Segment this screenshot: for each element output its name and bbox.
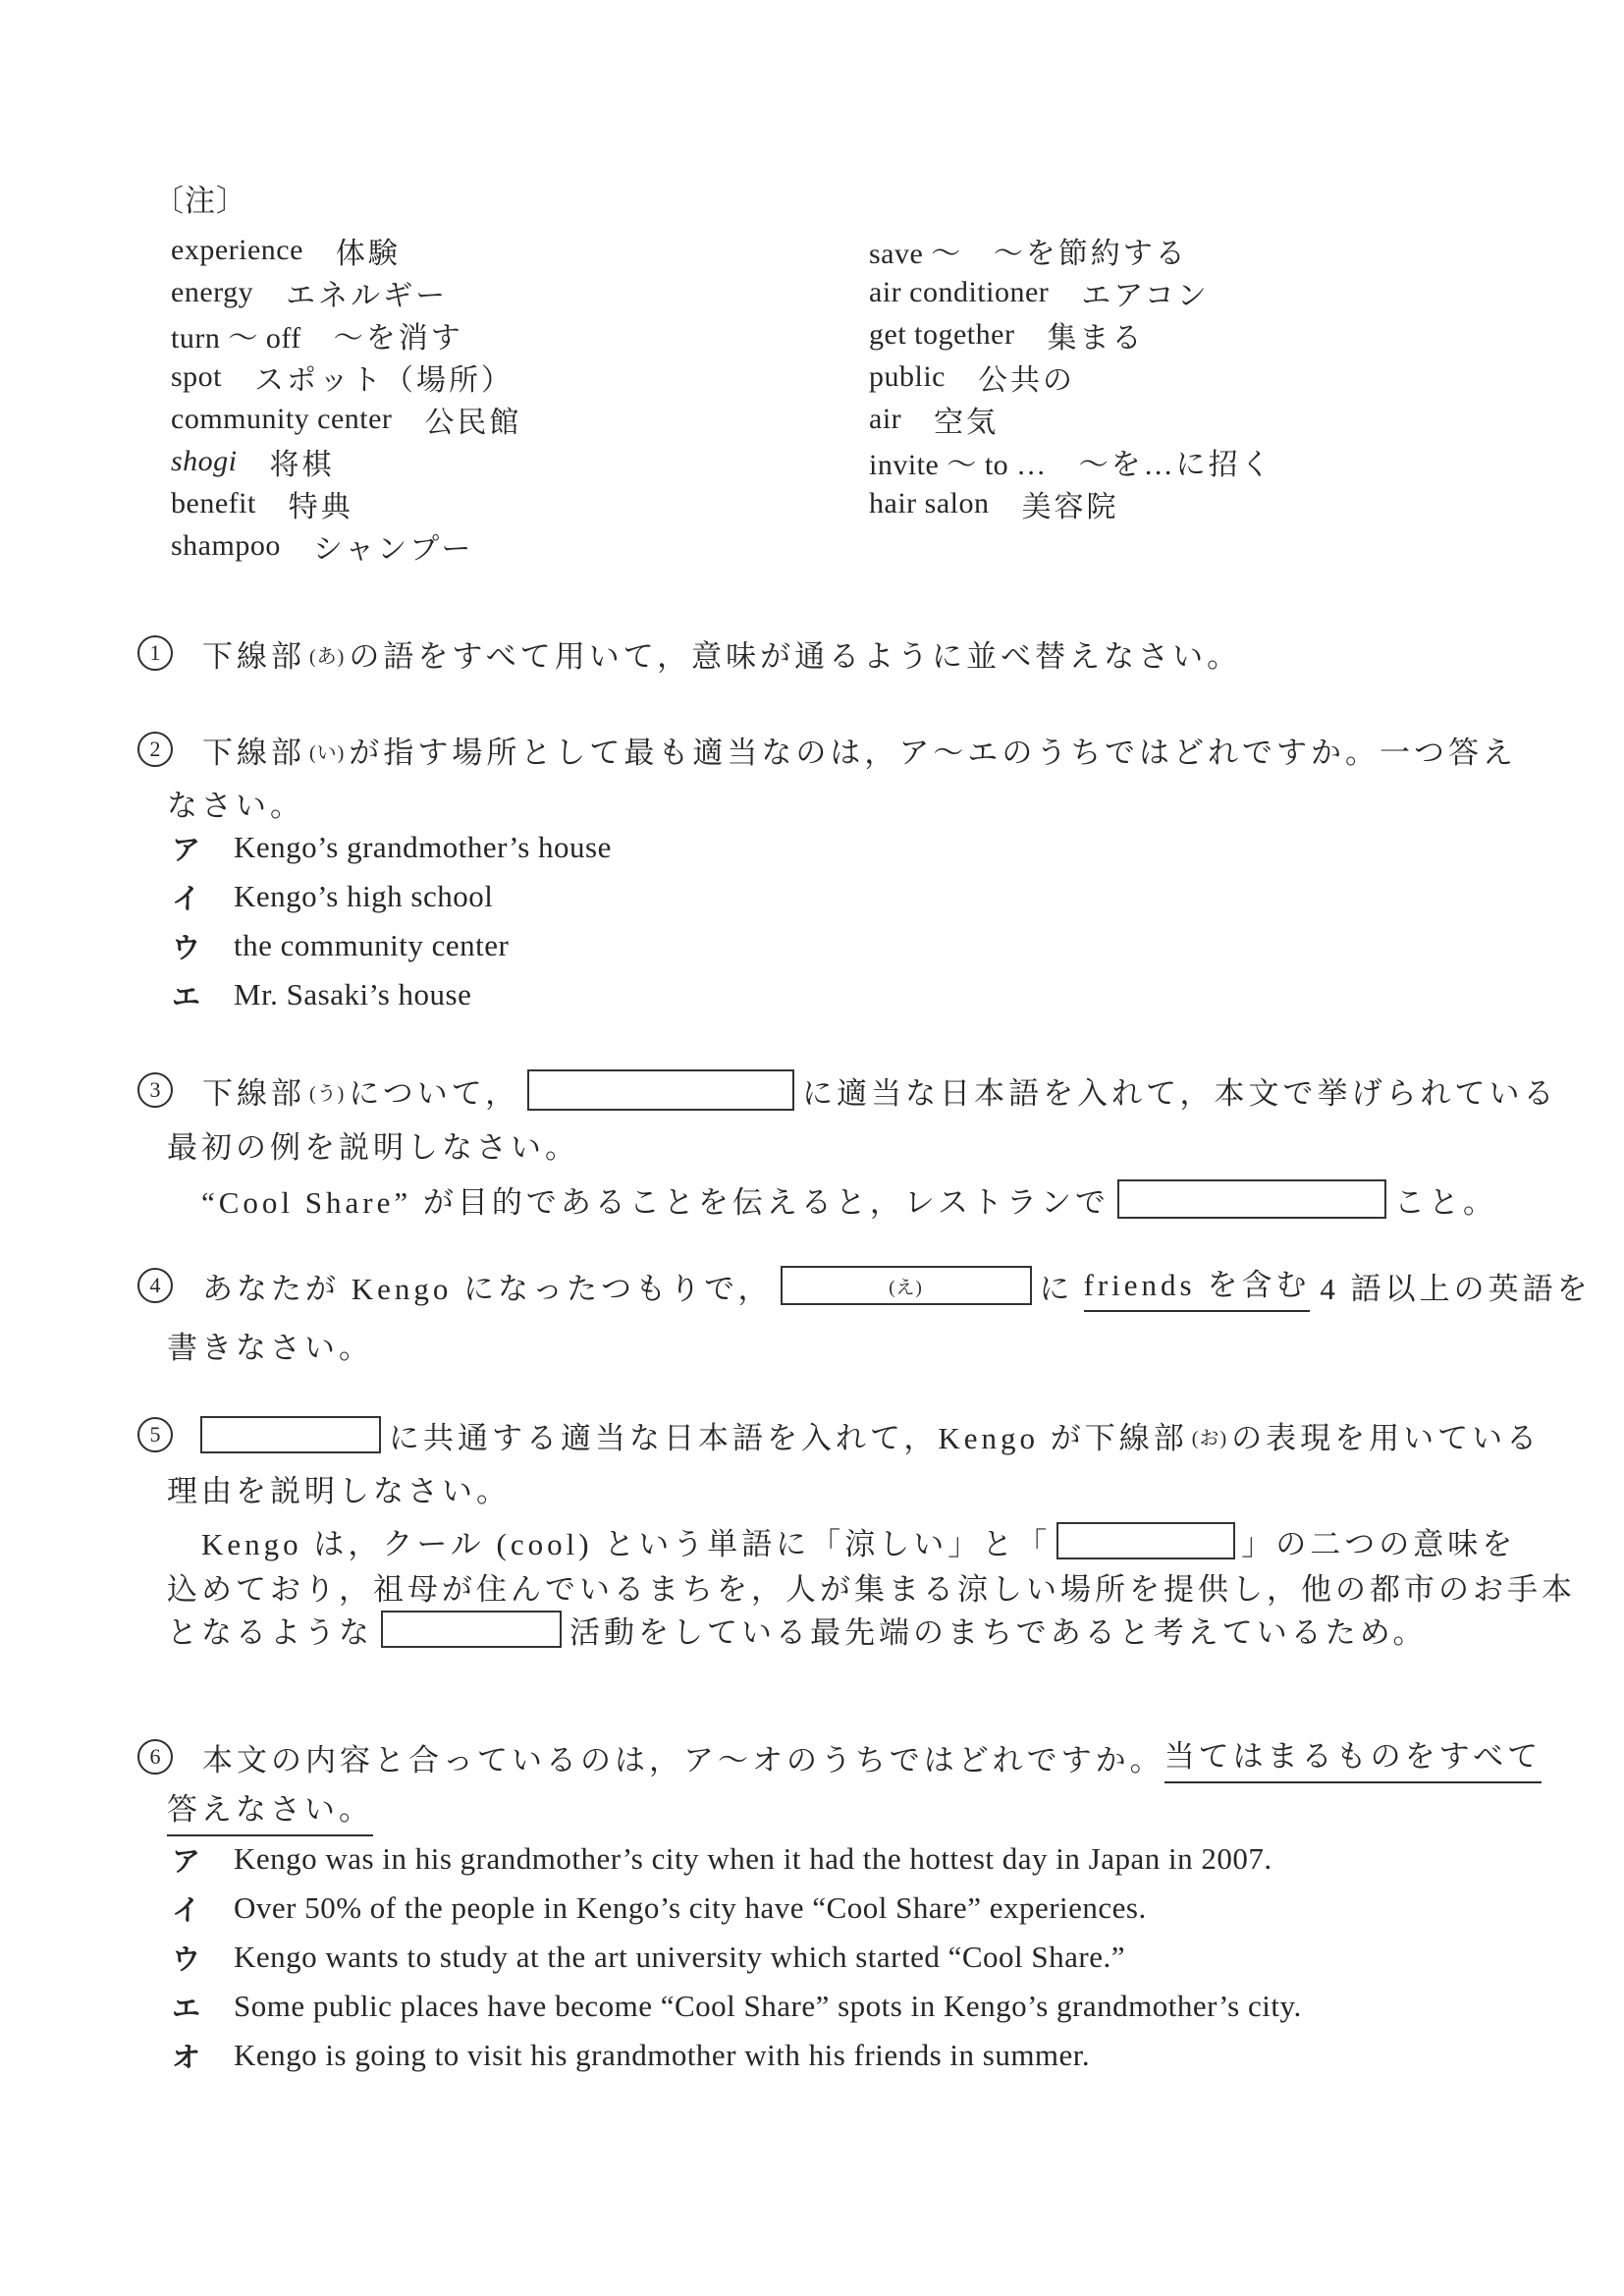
question-2-text: が指す場所として最も適当なのは，ア～エのうちではどれですか。一つ答え — [349, 728, 1517, 772]
question-3-example: “Cool Share” が目的であることを伝えると，レストランで こと。 — [201, 1176, 1497, 1222]
exam-page: 〔注〕 experience体験 energyエネルギー turn ～ off～… — [0, 0, 1624, 2296]
question-5-example-line3: となるような 活動をしている最先端のまちであると考えているため。 — [167, 1607, 1427, 1652]
note-entry: shampooシャンプー — [171, 524, 521, 567]
question-5-number: 5 — [137, 1417, 173, 1452]
option-label: エ — [172, 975, 234, 1015]
note-entry: energyエネルギー — [171, 271, 521, 313]
note-term: community center — [171, 403, 392, 436]
note-term: public — [869, 360, 946, 394]
note-gloss: 特典 — [289, 482, 353, 525]
note-term: air conditioner — [869, 276, 1049, 309]
answer-blank-box — [1056, 1522, 1235, 1559]
question-5-text: 活動をしている最先端のまちであると考えているため。 — [569, 1608, 1427, 1652]
note-entry: save ～～を節約する — [869, 229, 1273, 271]
note-entry: invite ～ to …～を…に招く — [869, 440, 1273, 482]
note-gloss: 体験 — [336, 229, 401, 272]
question-3: 3 下線部 (う) について， に適当な日本語を入れて，本文で挙げられている — [137, 1067, 1557, 1113]
question-1-text: の語をすべて用いて，意味が通るように並べ替えなさい。 — [349, 631, 1241, 676]
note-entry: experience体験 — [171, 229, 521, 271]
option-label: エ — [172, 1987, 234, 2027]
note-gloss: 美容院 — [1021, 482, 1118, 525]
question-4-text: あなたが Kengo になったつもりで， — [202, 1264, 773, 1308]
q6-option-e: エ Some public places have become “Cool S… — [172, 1985, 1302, 2028]
note-entry: community center公民館 — [171, 398, 521, 440]
question-5: 5 に共通する適当な日本語を入れて，Kengo が下線部 (お) の表現を用いて… — [137, 1412, 1541, 1457]
note-entry: air空気 — [869, 398, 1273, 440]
question-3-text: こと。 — [1394, 1177, 1497, 1222]
question-3-line2: 最初の例を説明しなさい。 — [167, 1121, 579, 1167]
note-term: air — [869, 403, 901, 436]
option-text: Kengo’s grandmother’s house — [234, 830, 612, 865]
option-text: Mr. Sasaki’s house — [234, 977, 471, 1012]
answer-blank-box — [527, 1069, 794, 1111]
q6-option-i: イ Over 50% of the people in Kengo’s city… — [172, 1886, 1147, 1930]
note-gloss: 集まる — [1047, 313, 1144, 356]
note-term: shampoo — [171, 529, 281, 563]
question-4-number: 4 — [137, 1268, 173, 1303]
option-text: Some public places have become “Cool Sha… — [234, 1989, 1302, 2024]
note-gloss: エネルギー — [286, 271, 448, 314]
option-label: ウ — [172, 1938, 234, 1978]
answer-blank-box — [381, 1611, 562, 1648]
question-4-text: 書きなさい。 — [167, 1323, 373, 1367]
option-text: the community center — [234, 928, 509, 963]
answer-blank-box-e: (え) — [781, 1266, 1032, 1305]
note-term: turn ～ off — [171, 313, 301, 356]
note-term: save ～ — [869, 229, 961, 272]
option-label: イ — [172, 1888, 234, 1929]
question-6-text: 本文の内容と合っているのは，ア～オのうちではどれですか。 — [202, 1735, 1164, 1779]
question-2-text: 下線部 — [202, 728, 305, 772]
note-term: invite ～ to … — [869, 440, 1047, 483]
option-label: イ — [172, 877, 234, 917]
note-gloss: ～を節約する — [994, 229, 1188, 272]
note-term: experience — [171, 234, 303, 267]
question-1-number: 1 — [137, 635, 173, 671]
note-term: benefit — [171, 487, 256, 520]
question-2: 2 下線部 (い) が指す場所として最も適当なのは，ア～エのうちではどれですか。… — [137, 727, 1517, 772]
note-term: shogi — [171, 445, 238, 478]
question-2-number: 2 — [137, 732, 173, 767]
question-5-example-line2: 込めており，祖母が住んでいるまちを，人が集まる涼しい場所を提供し，他の都市のお手… — [167, 1563, 1576, 1609]
notes-header: 〔注〕 — [153, 175, 247, 220]
question-5-text: の表現を用いている — [1231, 1413, 1541, 1457]
note-gloss: エアコン — [1081, 271, 1210, 314]
question-3-text: について， — [349, 1068, 519, 1113]
note-gloss: 公民館 — [424, 398, 521, 441]
question-6-number: 6 — [137, 1739, 173, 1775]
question-4-text: に — [1040, 1264, 1074, 1308]
option-label: ウ — [172, 926, 234, 966]
question-6-underlined: 当てはまるものをすべて — [1164, 1731, 1542, 1783]
note-entry: spotスポット（場所） — [171, 355, 521, 398]
note-gloss: シャンプー — [313, 524, 474, 568]
note-gloss: 空気 — [934, 398, 999, 441]
option-label: ア — [172, 1839, 234, 1880]
question-5-text: となるような — [167, 1608, 373, 1652]
question-6: 6 本文の内容と合っているのは，ア～オのうちではどれですか。 当てはまるものをす… — [137, 1734, 1542, 1779]
question-5-text: 込めており，祖母が住んでいるまちを，人が集まる涼しい場所を提供し，他の都市のお手… — [167, 1564, 1576, 1609]
q2-option-a: ア Kengo’s grandmother’s house — [172, 826, 612, 869]
option-text: Kengo was in his grandmother’s city when… — [234, 1841, 1272, 1877]
question-3-text: 最初の例を説明しなさい。 — [167, 1122, 579, 1167]
question-4-line2: 書きなさい。 — [167, 1322, 373, 1367]
note-gloss: ～を…に招く — [1079, 440, 1273, 483]
underline-ref-o: (お) — [1192, 1422, 1227, 1450]
note-entry: benefit特典 — [171, 482, 521, 524]
option-text: Kengo is going to visit his grandmother … — [234, 2038, 1090, 2073]
question-5-line2: 理由を説明しなさい。 — [167, 1465, 511, 1510]
note-entry: get together集まる — [869, 313, 1273, 355]
underline-ref-u: (う) — [309, 1077, 345, 1106]
note-gloss: 将棋 — [270, 440, 335, 483]
question-2-line2: なさい。 — [167, 780, 304, 825]
question-3-text: に適当な日本語を入れて，本文で挙げられている — [802, 1068, 1557, 1113]
note-term: spot — [171, 360, 222, 394]
question-4-underlined: friends を含む — [1084, 1260, 1311, 1312]
note-entry: hair salon美容院 — [869, 482, 1273, 524]
note-gloss: 公共の — [978, 355, 1075, 399]
question-1-text: 下線部 — [202, 631, 305, 676]
underline-ref-i: (い) — [309, 737, 345, 765]
question-5-text: Kengo は，クール (cool) という単語に「涼しい」と「 — [201, 1519, 1051, 1563]
question-6-line2: 答えなさい。 — [167, 1787, 373, 1832]
note-entry: shogi将棋 — [171, 440, 521, 482]
question-5-text: 」の二つの意味を — [1241, 1519, 1516, 1563]
note-entry: air conditionerエアコン — [869, 271, 1273, 313]
q2-option-i: イ Kengo’s high school — [172, 875, 493, 918]
answer-blank-box — [200, 1416, 381, 1453]
option-text: Kengo wants to study at the art universi… — [234, 1940, 1125, 1975]
q2-option-e: エ Mr. Sasaki’s house — [172, 973, 471, 1016]
q6-option-o: オ Kengo is going to visit his grandmothe… — [172, 2034, 1090, 2077]
question-4-text: 4 語以上の英語を — [1320, 1264, 1591, 1308]
notes-right-column: save ～～を節約する air conditionerエアコン get tog… — [869, 229, 1273, 524]
note-term: get together — [869, 318, 1014, 352]
question-3-number: 3 — [137, 1072, 173, 1108]
question-3-text: “Cool Share” が目的であることを伝えると，レストランで — [201, 1177, 1110, 1222]
option-label: オ — [172, 2036, 234, 2076]
notes-label: 〔注〕 — [153, 176, 247, 220]
q6-option-a: ア Kengo was in his grandmother’s city wh… — [172, 1837, 1272, 1881]
question-5-example-line1: Kengo は，クール (cool) という単語に「涼しい」と「 」の二つの意味… — [201, 1518, 1516, 1563]
note-term: energy — [171, 276, 253, 309]
underline-ref-a: (あ) — [309, 640, 345, 669]
note-entry: turn ～ off～を消す — [171, 313, 521, 355]
blank-label: (え) — [889, 1273, 923, 1299]
q2-option-u: ウ the community center — [172, 924, 509, 967]
note-entry: public公共の — [869, 355, 1273, 398]
note-term: hair salon — [869, 487, 989, 520]
notes-left-column: experience体験 energyエネルギー turn ～ off～を消す … — [171, 229, 521, 567]
question-1: 1 下線部 (あ) の語をすべて用いて，意味が通るように並べ替えなさい。 — [137, 630, 1241, 676]
question-4: 4 あなたが Kengo になったつもりで， (え) に friends を含む… — [137, 1263, 1592, 1308]
question-3-text: 下線部 — [202, 1068, 305, 1113]
note-gloss: スポット（場所） — [254, 355, 514, 399]
option-text: Kengo’s high school — [234, 879, 493, 914]
question-2-text: なさい。 — [167, 781, 304, 825]
question-6-underlined: 答えなさい。 — [167, 1784, 373, 1836]
q6-option-u: ウ Kengo wants to study at the art univer… — [172, 1936, 1125, 1979]
answer-blank-box — [1117, 1179, 1386, 1219]
option-text: Over 50% of the people in Kengo’s city h… — [234, 1890, 1147, 1926]
note-gloss: ～を消す — [334, 313, 463, 356]
question-5-text: 理由を説明しなさい。 — [167, 1466, 511, 1510]
question-5-text: に共通する適当な日本語を入れて，Kengo が下線部 — [389, 1413, 1188, 1457]
option-label: ア — [172, 828, 234, 868]
